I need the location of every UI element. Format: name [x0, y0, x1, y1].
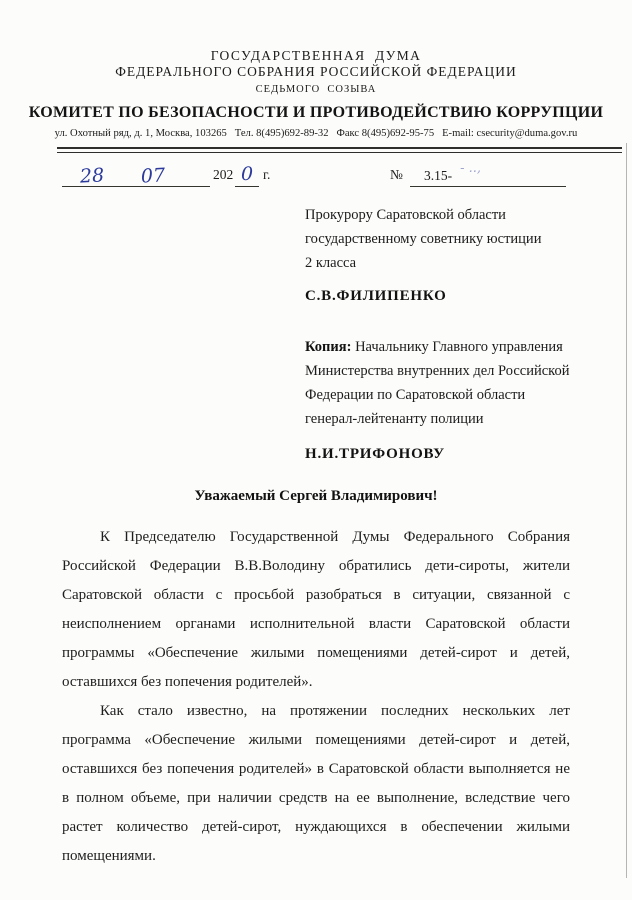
scan-edge-line — [626, 143, 627, 878]
copy-line: генерал-лейтенанту полиции — [305, 407, 622, 431]
number-blank-field: 3.15-- .., — [410, 160, 566, 187]
handwritten-day: 28 — [80, 166, 105, 186]
recipient-name: С.В.ФИЛИПЕНКО — [305, 284, 622, 308]
recipient-block: Прокурору Саратовской области государств… — [305, 203, 622, 308]
org-convocation-line: СЕДЬМОГО СОЗЫВА — [0, 83, 632, 96]
number-sign: № — [390, 167, 403, 183]
handwritten-year-digit: 0 — [241, 163, 253, 185]
recipient-line: Прокурору Саратовской области — [305, 203, 622, 227]
copy-line: Копия: Начальнику Главного управления — [305, 335, 622, 359]
date-blank-field: 28 07 — [62, 161, 210, 187]
copy-recipient-name: Н.И.ТРИФОНОВУ — [305, 442, 622, 466]
copy-line: Министерства внутренних дел Российской — [305, 359, 622, 383]
letterhead-double-rule — [57, 147, 622, 153]
copy-label: Копия: — [305, 339, 351, 355]
copy-recipient-block: Копия: Начальнику Главного управления Ми… — [305, 335, 622, 466]
recipient-line: 2 класса — [305, 251, 622, 275]
org-name-line1: ГОСУДАРСТВЕННАЯ ДУМА — [0, 48, 632, 64]
body-paragraph: Как стало известно, на протяжении послед… — [62, 697, 570, 871]
letterhead: ГОСУДАРСТВЕННАЯ ДУМА ФЕДЕРАЛЬНОГО СОБРАН… — [0, 0, 632, 140]
body-paragraph: К Председателю Государственной Думы Феде… — [62, 523, 570, 697]
org-name-line2: ФЕДЕРАЛЬНОГО СОБРАНИЯ РОССИЙСКОЙ ФЕДЕРАЦ… — [0, 64, 632, 80]
committee-name: КОМИТЕТ ПО БЕЗОПАСНОСТИ И ПРОТИВОДЕЙСТВИ… — [0, 103, 632, 123]
copy-line: Федерации по Саратовской области — [305, 383, 622, 407]
outgoing-number: 3.15- — [424, 168, 452, 183]
salutation: Уважаемый Сергей Владимирович! — [0, 488, 632, 505]
recipient-line: государственному советнику юстиции — [305, 227, 622, 251]
letter-body: К Председателю Государственной Думы Феде… — [62, 523, 570, 871]
copy-line-text: Начальнику Главного управления — [355, 339, 563, 355]
year-suffix: г. — [263, 167, 270, 183]
letterhead-contacts: ул. Охотный ряд, д. 1, Москва, 103265 Те… — [0, 127, 632, 140]
handwritten-month: 07 — [141, 166, 166, 186]
letter-page: ГОСУДАРСТВЕННАЯ ДУМА ФЕДЕРАЛЬНОГО СОБРАН… — [0, 0, 632, 900]
year-printed: 202 — [213, 167, 233, 183]
handwritten-number-marks: - .., — [460, 161, 481, 176]
year-blank-field: 0 — [235, 160, 259, 187]
date-number-line: 28 07 202 0 г. № 3.15-- .., — [57, 157, 622, 191]
